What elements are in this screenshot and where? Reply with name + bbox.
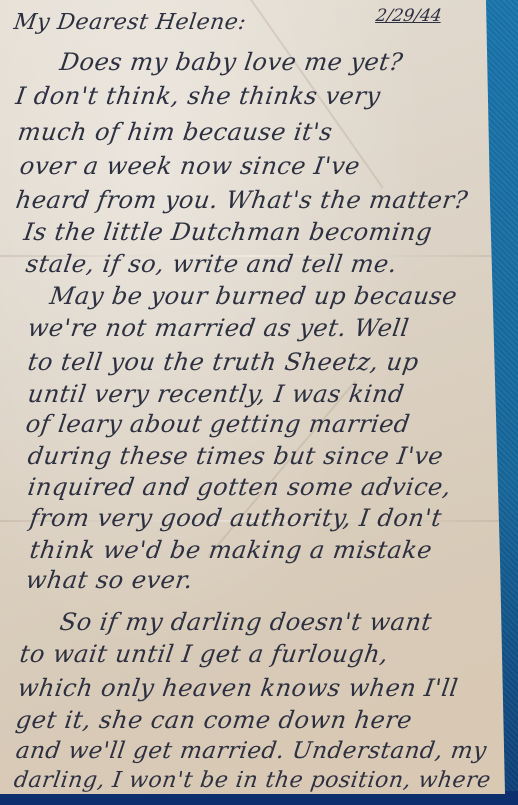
letter-line: darling, I won't be in the position, whe… xyxy=(12,768,492,793)
letter-line: So if my darling doesn't want xyxy=(58,608,434,636)
salutation: My Dearest Helene: xyxy=(12,10,248,35)
letter-line: I don't think, she thinks very xyxy=(14,82,382,110)
letter-line: during these times but since I've xyxy=(26,442,445,470)
letter-line: Is the little Dutchman becoming xyxy=(22,218,434,246)
letter-line: which only heaven knows when I'll xyxy=(16,674,460,702)
letter-line: from very good authority, I don't xyxy=(28,504,444,532)
letter-line: much of him because it's xyxy=(16,118,334,146)
letter-line: get it, she can come down here xyxy=(14,706,414,734)
letter-line: to wait until I get a furlough, xyxy=(18,640,390,668)
letter-date: 2/29/44 xyxy=(375,6,443,26)
letter-line: until very recently, I was kind xyxy=(26,380,406,408)
letter-line: heard from you. What's the matter? xyxy=(14,186,470,214)
letter-line: of leary about getting married xyxy=(24,410,412,438)
letter-line: think we'd be making a mistake xyxy=(28,536,434,564)
letter-line: over a week now since I've xyxy=(18,152,362,180)
letter-line: stale, if so, write and tell me. xyxy=(24,250,399,278)
letter-line: inquired and gotten some advice, xyxy=(26,473,453,501)
letter-line: Does my baby love me yet? xyxy=(58,48,405,76)
letter-line: and we'll get married. Understand, my xyxy=(14,738,488,764)
letter-line: to tell you the truth Sheetz, up xyxy=(26,348,420,376)
letter-line: what so ever. xyxy=(24,566,195,594)
letter-line: May be your burned up because xyxy=(48,282,459,310)
letter-line: we're not married as yet. Well xyxy=(26,314,411,342)
